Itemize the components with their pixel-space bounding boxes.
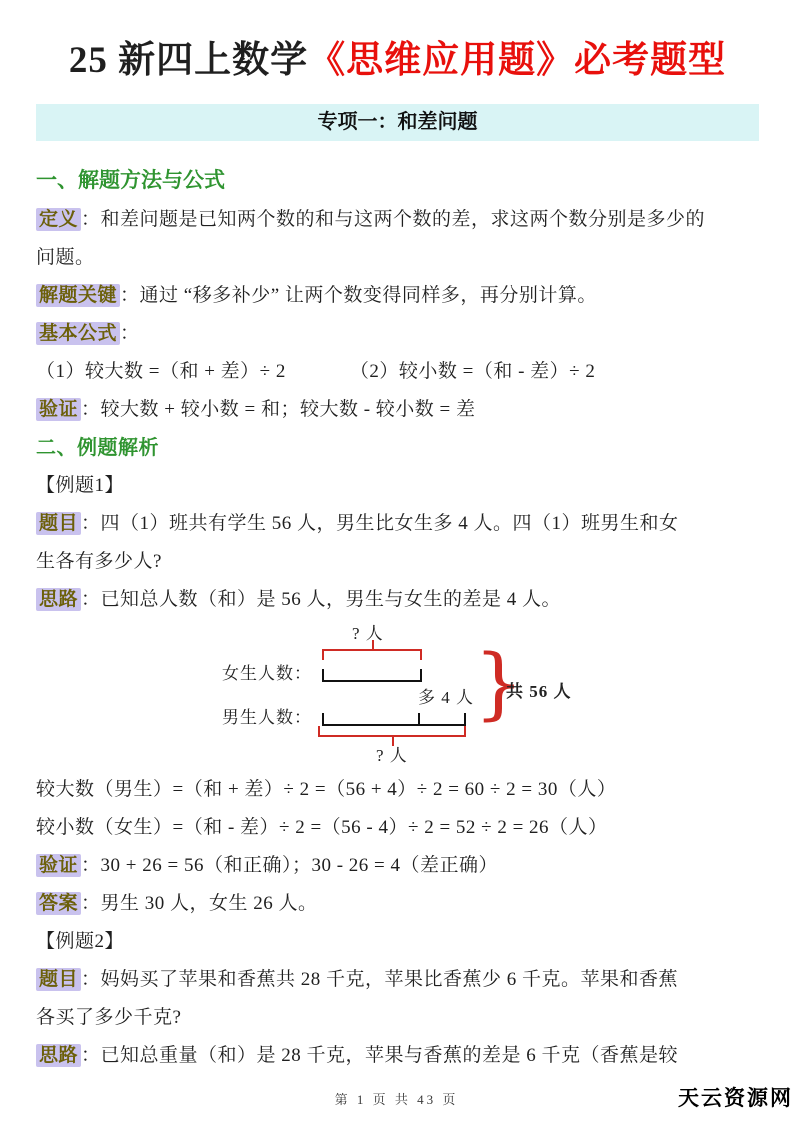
page-title-book-name: 《思维应用题》	[308, 40, 574, 81]
example1-title: 【例题1】	[36, 467, 759, 505]
verify-formula-text: ：较大数 + 较小数 = 和；较大数 - 较小数 = 差	[81, 399, 475, 420]
boys-bar-icon	[322, 713, 466, 726]
example2-question-line-1: 题目：妈妈买了苹果和香蕉共 28 千克，苹果比香蕉少 6 千克。苹果和香蕉	[36, 961, 759, 999]
keyword-idea-1: 思路	[36, 588, 81, 611]
keyword-answer-1: 答案	[36, 892, 81, 915]
example1-question-line-2: 生各有多少人?	[36, 543, 759, 581]
example2-title: 【例题2】	[36, 923, 759, 961]
keyword-idea-2: 思路	[36, 1044, 81, 1067]
formulas-colon: ：	[120, 323, 140, 344]
keyword-formulas: 基本公式	[36, 322, 120, 345]
page-number-footer: 第 1 页 共 43 页	[0, 1089, 793, 1108]
example1-idea-line: 思路：已知总人数（和）是 56 人，男生与女生的差是 4 人。	[36, 581, 759, 619]
example1-idea-text: ：已知总人数（和）是 56 人，男生与女生的差是 4 人。	[81, 589, 561, 610]
keyword-question-1: 题目	[36, 512, 81, 535]
boys-row-label: 男生人数：	[222, 703, 312, 728]
overbrace-stem	[372, 640, 374, 651]
more-4-label: 多 4 人	[418, 683, 474, 708]
red-underbrace-icon	[318, 726, 466, 737]
formulas-line: （1）较大数 =（和 + 差）÷ 2（2）较小数 =（和 - 差）÷ 2	[36, 353, 759, 391]
definition-line-2: 问题。	[36, 239, 759, 277]
example1-calc-larger: 较大数（男生）=（和 + 差）÷ 2 =（56 + 4）÷ 2 = 60 ÷ 2…	[36, 771, 759, 809]
watermark-site-name: 天云资源网	[678, 1082, 793, 1112]
example1-verify-line: 验证：30 + 26 = 56（和正确）；30 - 26 = 4（差正确）	[36, 847, 759, 885]
formulas-label-line: 基本公式：	[36, 315, 759, 353]
page-title: 25 新四上数学《思维应用题》必考题型	[36, 34, 759, 88]
topic-banner: 专项一：和差问题	[36, 104, 759, 141]
example1-answer-text: ：男生 30 人，女生 26 人。	[81, 893, 318, 914]
formula-larger-number: （1）较大数 =（和 + 差）÷ 2	[36, 361, 286, 382]
bar-model-diagram: ? 人 女生人数： 多 4 人 男生人数： } 共 56 人 ? 人	[36, 619, 759, 771]
example1-calc-smaller: 较小数（女生）=（和 - 差）÷ 2 =（56 - 4）÷ 2 = 52 ÷ 2…	[36, 809, 759, 847]
example2-question-text-1: ：妈妈买了苹果和香蕉共 28 千克，苹果比香蕉少 6 千克。苹果和香蕉	[81, 969, 678, 990]
boys-bar-divider-tick	[418, 713, 420, 724]
girls-row-label: 女生人数：	[222, 659, 312, 684]
keyword-definition: 定义	[36, 208, 81, 231]
page-title-black: 25 新四上数学	[69, 40, 308, 81]
example1-answer-line: 答案：男生 30 人，女生 26 人。	[36, 885, 759, 923]
diagram-top-question-label: ? 人	[352, 619, 384, 644]
keyword-verify-1: 验证	[36, 854, 81, 877]
diagram-bottom-question-label: ? 人	[376, 741, 408, 766]
verify-formula-line: 验证：较大数 + 较小数 = 和；较大数 - 较小数 = 差	[36, 391, 759, 429]
section-heading-examples: 二、例题解析	[36, 429, 759, 467]
keyword-key-point: 解题关键	[36, 284, 120, 307]
key-point-line: 解题关键：通过 “移多补少” 让两个数变得同样多，再分别计算。	[36, 277, 759, 315]
example1-question-text-1: ：四（1）班共有学生 56 人，男生比女生多 4 人。四（1）班男生和女	[81, 513, 679, 534]
keyword-question-2: 题目	[36, 968, 81, 991]
keyword-verify-formula: 验证	[36, 398, 81, 421]
key-point-text: ：通过 “移多补少” 让两个数变得同样多，再分别计算。	[120, 285, 597, 306]
definition-text-1: ：和差问题是已知两个数的和与这两个数的差，求这两个数分别是多少的	[81, 209, 705, 230]
formula-smaller-number: （2）较小数 =（和 - 差）÷ 2	[350, 361, 595, 382]
example1-question-line-1: 题目：四（1）班共有学生 56 人，男生比女生多 4 人。四（1）班男生和女	[36, 505, 759, 543]
total-56-label: 共 56 人	[506, 677, 572, 702]
red-overbrace-icon	[322, 649, 422, 660]
example1-verify-text: ：30 + 26 = 56（和正确）；30 - 26 = 4（差正确）	[81, 855, 498, 876]
example2-idea-text: ：已知总重量（和）是 28 千克，苹果与香蕉的差是 6 千克（香蕉是较	[81, 1045, 678, 1066]
worksheet-page: 25 新四上数学《思维应用题》必考题型 专项一：和差问题 一、解题方法与公式 定…	[0, 34, 793, 1075]
girls-bar-icon	[322, 669, 422, 682]
definition-line-1: 定义：和差问题是已知两个数的和与这两个数的差，求这两个数分别是多少的	[36, 201, 759, 239]
example2-idea-line: 思路：已知总重量（和）是 28 千克，苹果与香蕉的差是 6 千克（香蕉是较	[36, 1037, 759, 1075]
page-title-red-suffix: 必考题型	[574, 40, 726, 81]
section-heading-methods: 一、解题方法与公式	[36, 165, 759, 195]
example2-question-line-2: 各买了多少千克?	[36, 999, 759, 1037]
